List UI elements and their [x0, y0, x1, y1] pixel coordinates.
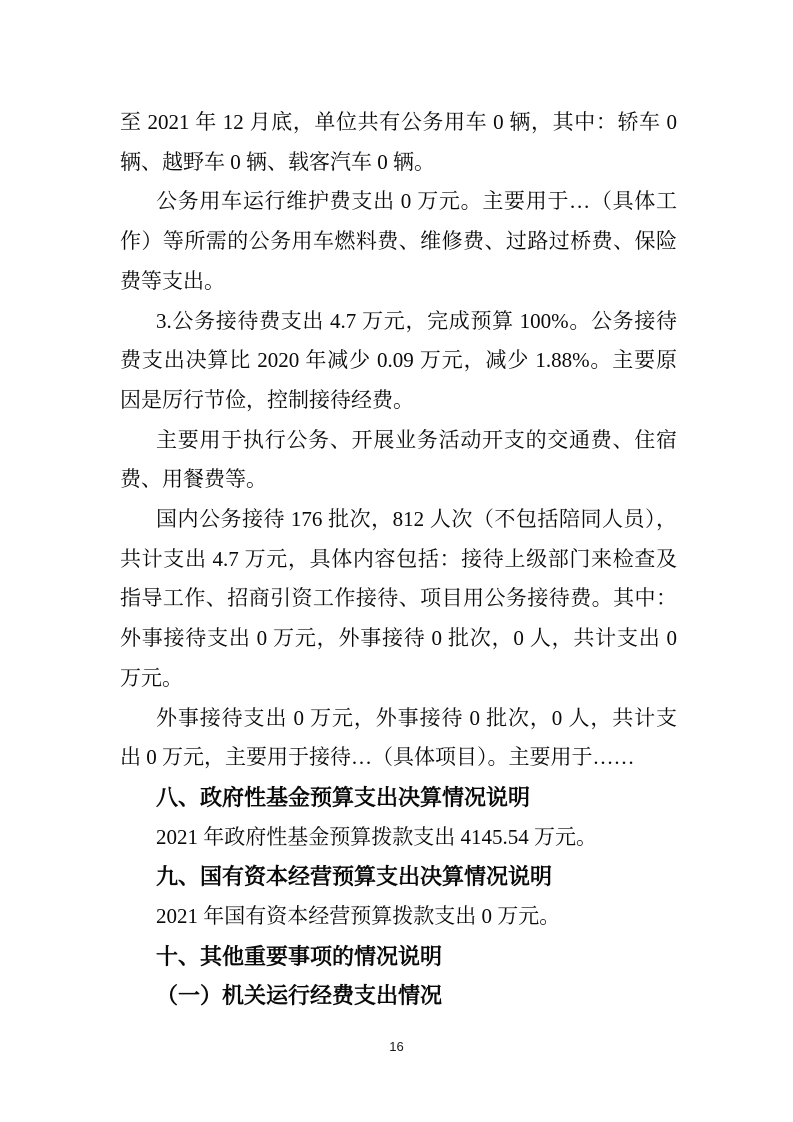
body-line: 因是厉行节俭，控制接待经费。 — [120, 381, 677, 421]
body-line: 万元。 — [120, 659, 677, 699]
document-page: 至 2021 年 12 月底，单位共有公务用车 0 辆，其中：轿车 0 辆、越野… — [0, 0, 793, 1122]
heading-section-10: 十、其他重要事项的情况说明 — [120, 937, 677, 977]
body-line: 至 2021 年 12 月底，单位共有公务用车 0 辆，其中：轿车 0 — [120, 103, 677, 143]
page-footer: 16 — [0, 1038, 793, 1056]
body-line: 公务用车运行维护费支出 0 万元。主要用于…（具体工 — [120, 182, 677, 222]
body-line: 3.公务接待费支出 4.7 万元，完成预算 100%。公务接待 — [120, 302, 677, 342]
body-line: 共计支出 4.7 万元，具体内容包括：接待上级部门来检查及 — [120, 540, 677, 580]
body-line: 外事接待支出 0 万元，外事接待 0 批次，0 人，共计支出 0 — [120, 619, 677, 659]
body-line: 费支出决算比 2020 年减少 0.09 万元，减少 1.88%。主要原 — [120, 341, 677, 381]
document-body: 至 2021 年 12 月底，单位共有公务用车 0 辆，其中：轿车 0 辆、越野… — [120, 103, 677, 1016]
body-line: 出 0 万元，主要用于接待…（具体项目）。主要用于…… — [120, 738, 677, 778]
body-line: 国内公务接待 176 批次，812 人次（不包括陪同人员）， — [120, 500, 677, 540]
heading-subsection-1: （一）机关运行经费支出情况 — [120, 976, 677, 1016]
body-line: 作）等所需的公务用车燃料费、维修费、过路过桥费、保险 — [120, 222, 677, 262]
body-line: 辆、越野车 0 辆、载客汽车 0 辆。 — [120, 143, 677, 183]
heading-section-9: 九、国有资本经营预算支出决算情况说明 — [120, 857, 677, 897]
body-line: 费、用餐费等。 — [120, 460, 677, 500]
body-line: 主要用于执行公务、开展业务活动开支的交通费、住宿 — [120, 421, 677, 461]
body-line: 指导工作、招商引资工作接待、项目用公务接待费。其中： — [120, 579, 677, 619]
heading-section-8: 八、政府性基金预算支出决算情况说明 — [120, 778, 677, 818]
body-line: 外事接待支出 0 万元，外事接待 0 批次，0 人，共计支 — [120, 699, 677, 739]
body-line: 2021 年国有资本经营预算拨款支出 0 万元。 — [120, 897, 677, 937]
body-line: 2021 年政府性基金预算拨款支出 4145.54 万元。 — [120, 818, 677, 858]
body-line: 费等支出。 — [120, 262, 677, 302]
page-number: 16 — [389, 1039, 403, 1054]
